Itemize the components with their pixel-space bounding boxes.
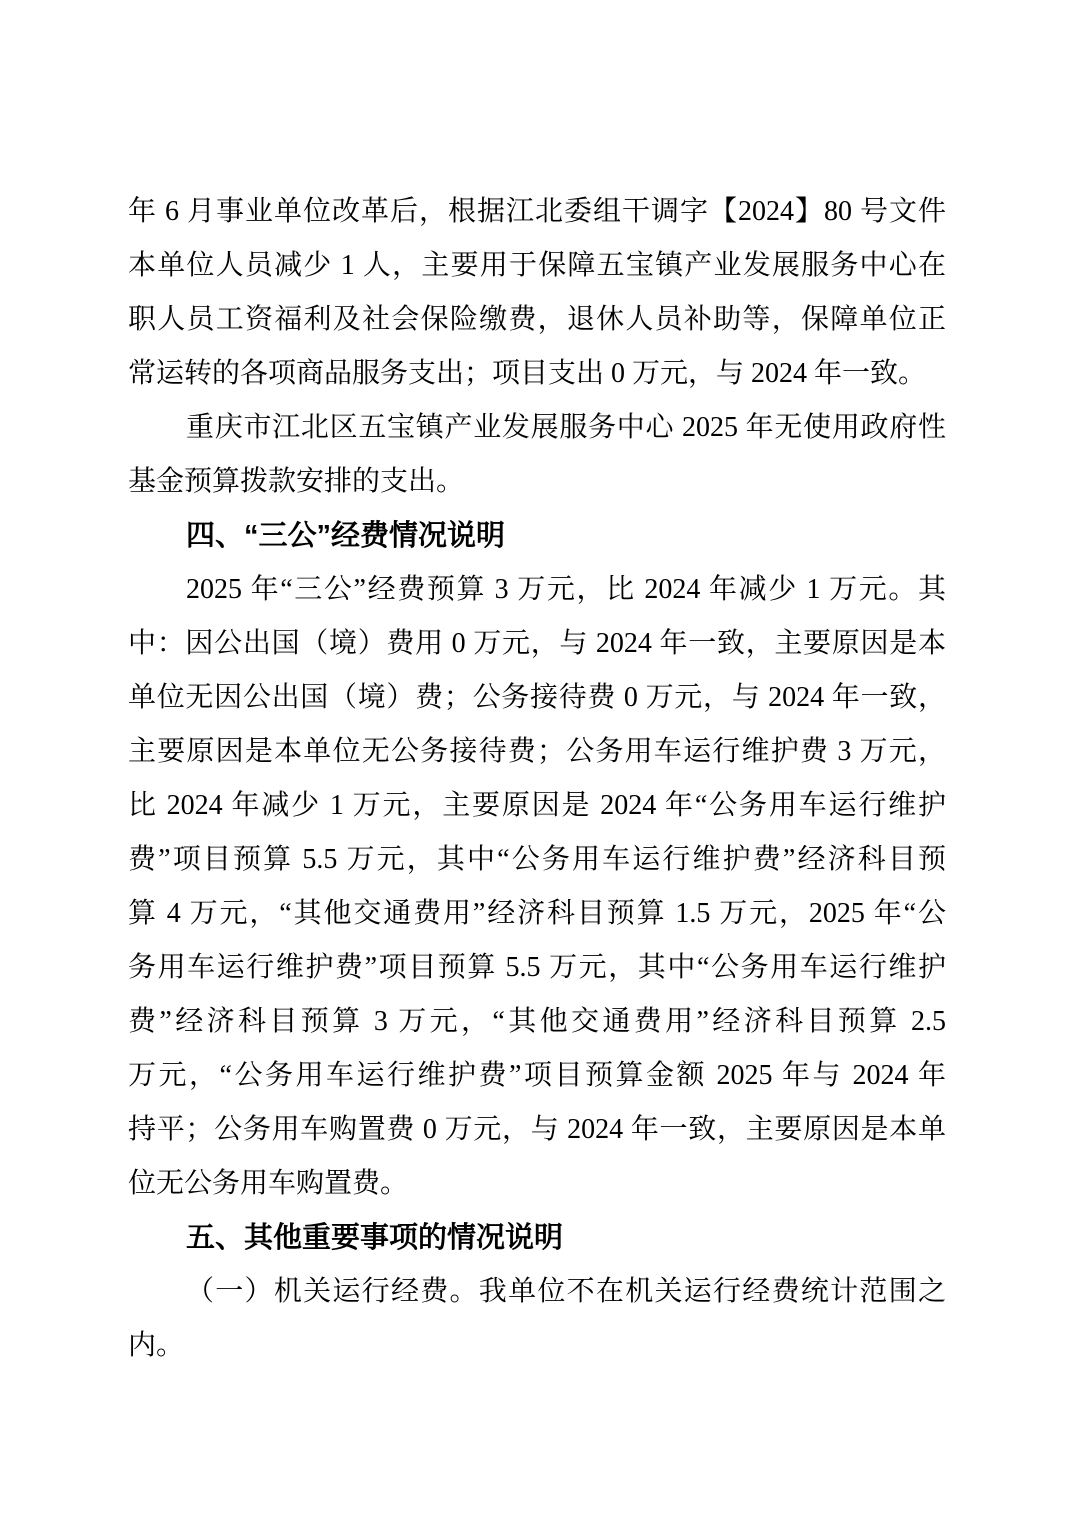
document-line: 内。 — [128, 1319, 946, 1373]
document-line: 算 4 万元，“其他交通费用”经济科目预算 1.5 万元，2025 年“公 — [128, 887, 946, 941]
document-line: 位无公务用车购置费。 — [128, 1157, 946, 1211]
document-line: 费”项目预算 5.5 万元，其中“公务用车运行维护费”经济科目预 — [128, 833, 946, 887]
document-line: 常运转的各项商品服务支出；项目支出 0 万元，与 2024 年一致。 — [128, 347, 946, 401]
document-page: 年 6 月事业单位改革后，根据江北委组干调字【2024】80 号文件本单位人员减… — [0, 0, 1074, 1520]
document-line: 主要原因是本单位无公务接待费；公务用车运行维护费 3 万元， — [128, 725, 946, 779]
document-line: 2025 年“三公”经费预算 3 万元，比 2024 年减少 1 万元。其 — [128, 563, 946, 617]
document-line: 持平；公务用车购置费 0 万元，与 2024 年一致，主要原因是本单 — [128, 1103, 946, 1157]
document-line: 年 6 月事业单位改革后，根据江北委组干调字【2024】80 号文件 — [128, 185, 946, 239]
document-line: （一）机关运行经费。我单位不在机关运行经费统计范围之 — [128, 1265, 946, 1319]
document-line: 重庆市江北区五宝镇产业发展服务中心 2025 年无使用政府性 — [128, 401, 946, 455]
section-heading: 四、“三公”经费情况说明 — [128, 509, 946, 563]
text-block: 年 6 月事业单位改革后，根据江北委组干调字【2024】80 号文件本单位人员减… — [128, 185, 946, 1373]
document-line: 费”经济科目预算 3 万元，“其他交通费用”经济科目预算 2.5 — [128, 995, 946, 1049]
document-line: 单位无因公出国（境）费；公务接待费 0 万元，与 2024 年一致， — [128, 671, 946, 725]
document-line: 中：因公出国（境）费用 0 万元，与 2024 年一致，主要原因是本 — [128, 617, 946, 671]
document-line: 本单位人员减少 1 人，主要用于保障五宝镇产业发展服务中心在 — [128, 239, 946, 293]
document-line: 务用车运行维护费”项目预算 5.5 万元，其中“公务用车运行维护 — [128, 941, 946, 995]
document-line: 比 2024 年减少 1 万元，主要原因是 2024 年“公务用车运行维护 — [128, 779, 946, 833]
document-line: 基金预算拨款安排的支出。 — [128, 455, 946, 509]
document-line: 万元，“公务用车运行维护费”项目预算金额 2025 年与 2024 年 — [128, 1049, 946, 1103]
section-heading: 五、其他重要事项的情况说明 — [128, 1211, 946, 1265]
document-line: 职人员工资福利及社会保险缴费，退休人员补助等，保障单位正 — [128, 293, 946, 347]
